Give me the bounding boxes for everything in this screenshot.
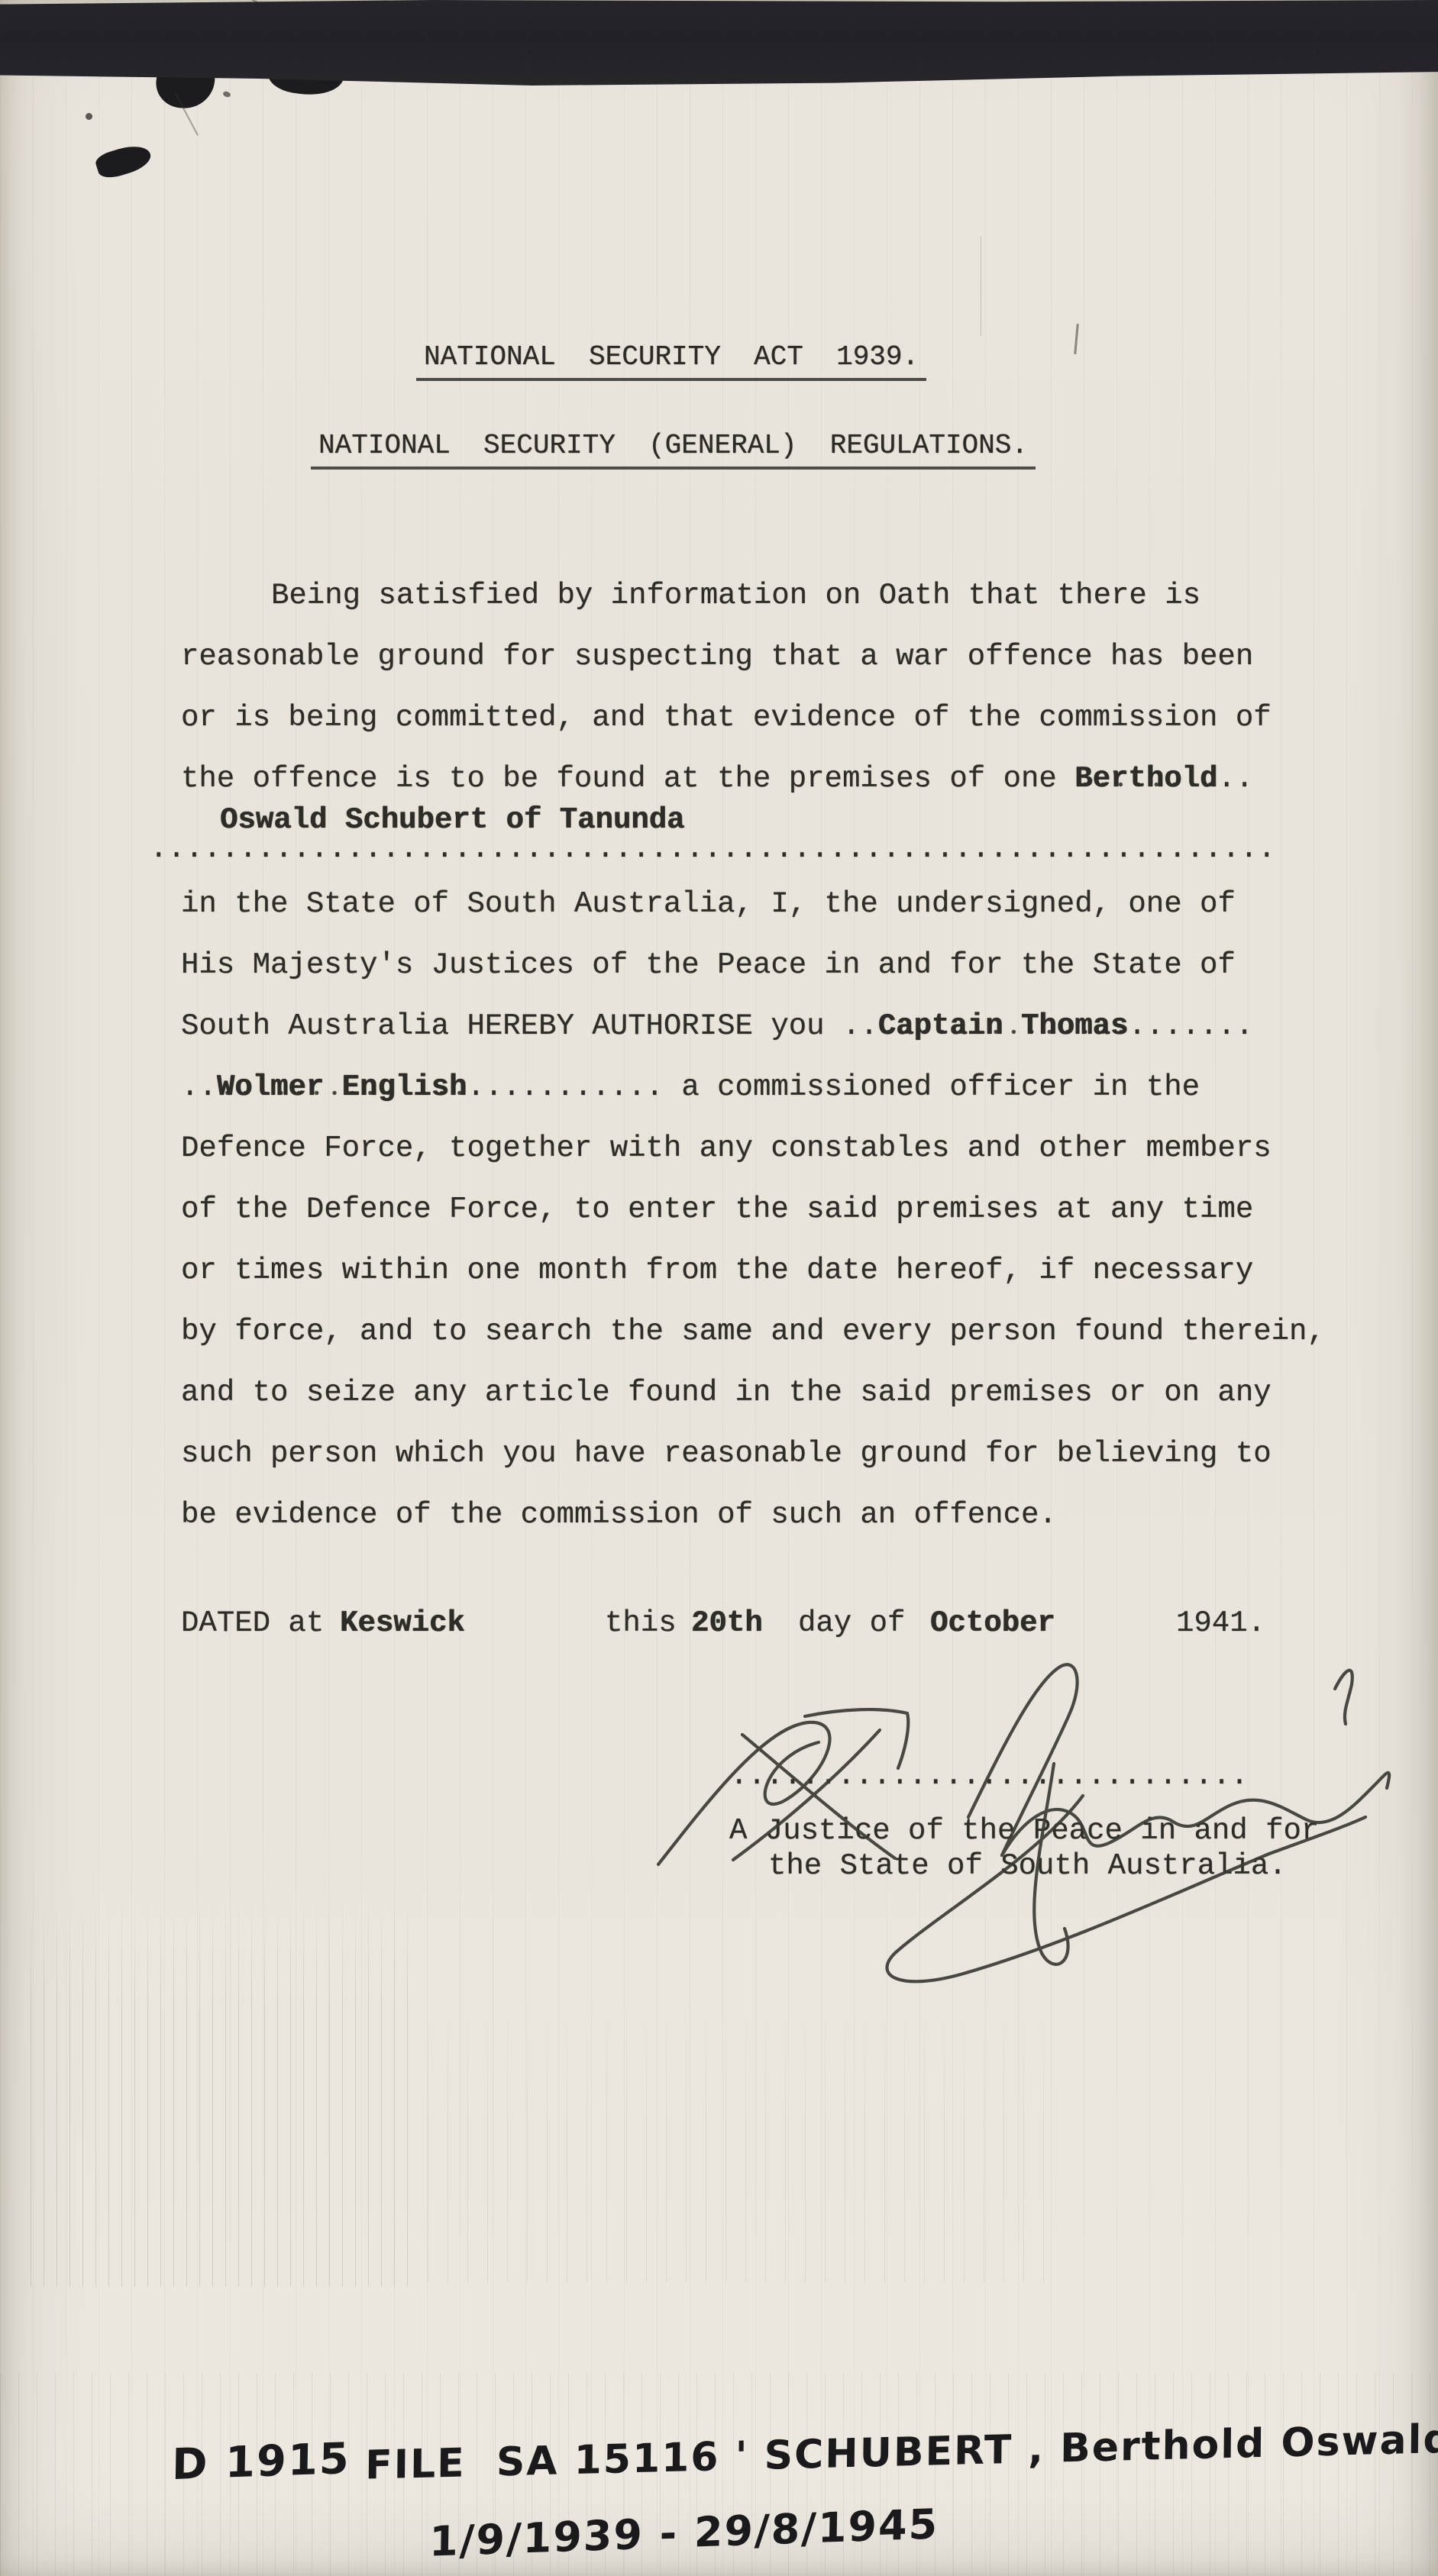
body-line-16: be evidence of the commission of such an… bbox=[181, 1499, 1057, 1531]
dotted-fill-line: ........................................… bbox=[150, 834, 1275, 865]
ink-smear bbox=[94, 140, 154, 182]
body-line-11: of the Defence Force, to enter the said … bbox=[181, 1194, 1253, 1225]
signature-letters bbox=[1002, 1773, 1389, 1855]
dated-place: Keswick bbox=[340, 1608, 465, 1639]
body-line-3: or is being committed, and that evidence… bbox=[181, 702, 1272, 734]
filled-name-wolmer-english: Wolmer English bbox=[217, 1070, 467, 1104]
signature-monogram-loop bbox=[658, 1722, 829, 1864]
filled-name-oswald-schubert: Oswald Schubert of Tanunda bbox=[220, 805, 685, 836]
annotation-file-title: FILE SA 15116 ' SCHUBERT , Berthold Oswa… bbox=[365, 2416, 1438, 2488]
body-line-13: by force, and to search the same and eve… bbox=[181, 1316, 1325, 1348]
signature-monogram-cross-2 bbox=[733, 1730, 880, 1860]
ink-speck-2 bbox=[86, 113, 92, 120]
dated-label: DATED at bbox=[181, 1608, 324, 1639]
signature-monogram-bar bbox=[805, 1709, 908, 1768]
body-line-9-text: a commissioned officer in the bbox=[664, 1070, 1200, 1104]
scanned-document-page: NATIONAL SECURITY ACT 1939. NATIONAL SEC… bbox=[0, 0, 1438, 2576]
signature-tail-flourish bbox=[887, 1796, 1365, 1981]
body-line-14: and to seize any article found in the sa… bbox=[181, 1377, 1272, 1409]
pen-tick-above-title bbox=[1074, 324, 1078, 354]
body-line-8-text: South Australia HEREBY AUTHORISE you .. bbox=[181, 1009, 878, 1043]
body-line-2: reasonable ground for suspecting that a … bbox=[181, 641, 1253, 673]
filled-name-captain-thomas: Captain Thomas bbox=[878, 1009, 1129, 1043]
body-line-7: His Majesty's Justices of the Peace in a… bbox=[181, 950, 1236, 981]
typed-dots-after-wolmer: ........... bbox=[467, 1070, 663, 1104]
redaction-bar bbox=[0, 0, 1438, 86]
body-line-4: the offence is to be found at the premis… bbox=[181, 763, 1253, 795]
body-line-10: Defence Force, together with any constab… bbox=[181, 1133, 1272, 1164]
ink-speck-3 bbox=[222, 91, 231, 98]
filled-name-berthold: Berthold bbox=[1074, 762, 1217, 796]
typed-dots-before-wolmer: .. bbox=[181, 1070, 217, 1104]
typed-dots-after-captain: ....... bbox=[1128, 1009, 1253, 1043]
annotation-date-range: 1/9/1939 - 29/8/1945 bbox=[429, 2500, 939, 2565]
scan-streaks-left bbox=[31, 1893, 412, 2287]
typed-dots-after-berthold: .. bbox=[1217, 762, 1253, 796]
signature-descender bbox=[1034, 1764, 1068, 1964]
document-title-line-2: NATIONAL SECURITY (GENERAL) REGULATIONS. bbox=[311, 432, 1036, 470]
document-title-line-1: NATIONAL SECURITY ACT 1939. bbox=[416, 344, 926, 381]
faint-crease-line bbox=[981, 237, 981, 336]
body-line-9: ..Wolmer English........... a commission… bbox=[181, 1072, 1200, 1103]
signature-scribble bbox=[626, 1626, 1390, 2054]
body-line-12: or times within one month from the date … bbox=[181, 1255, 1253, 1286]
body-line-15: such person which you have reasonable gr… bbox=[181, 1438, 1272, 1470]
body-line-8: South Australia HEREBY AUTHORISE you ..C… bbox=[181, 1011, 1253, 1042]
signature-end-tick bbox=[1335, 1671, 1352, 1724]
annotation-reference: D 1915 bbox=[172, 2434, 351, 2490]
body-line-4-text: the offence is to be found at the premis… bbox=[181, 762, 1074, 796]
body-line-6: in the State of South Australia, I, the … bbox=[181, 889, 1236, 920]
body-line-1: Being satisfied by information on Oath t… bbox=[271, 580, 1200, 612]
